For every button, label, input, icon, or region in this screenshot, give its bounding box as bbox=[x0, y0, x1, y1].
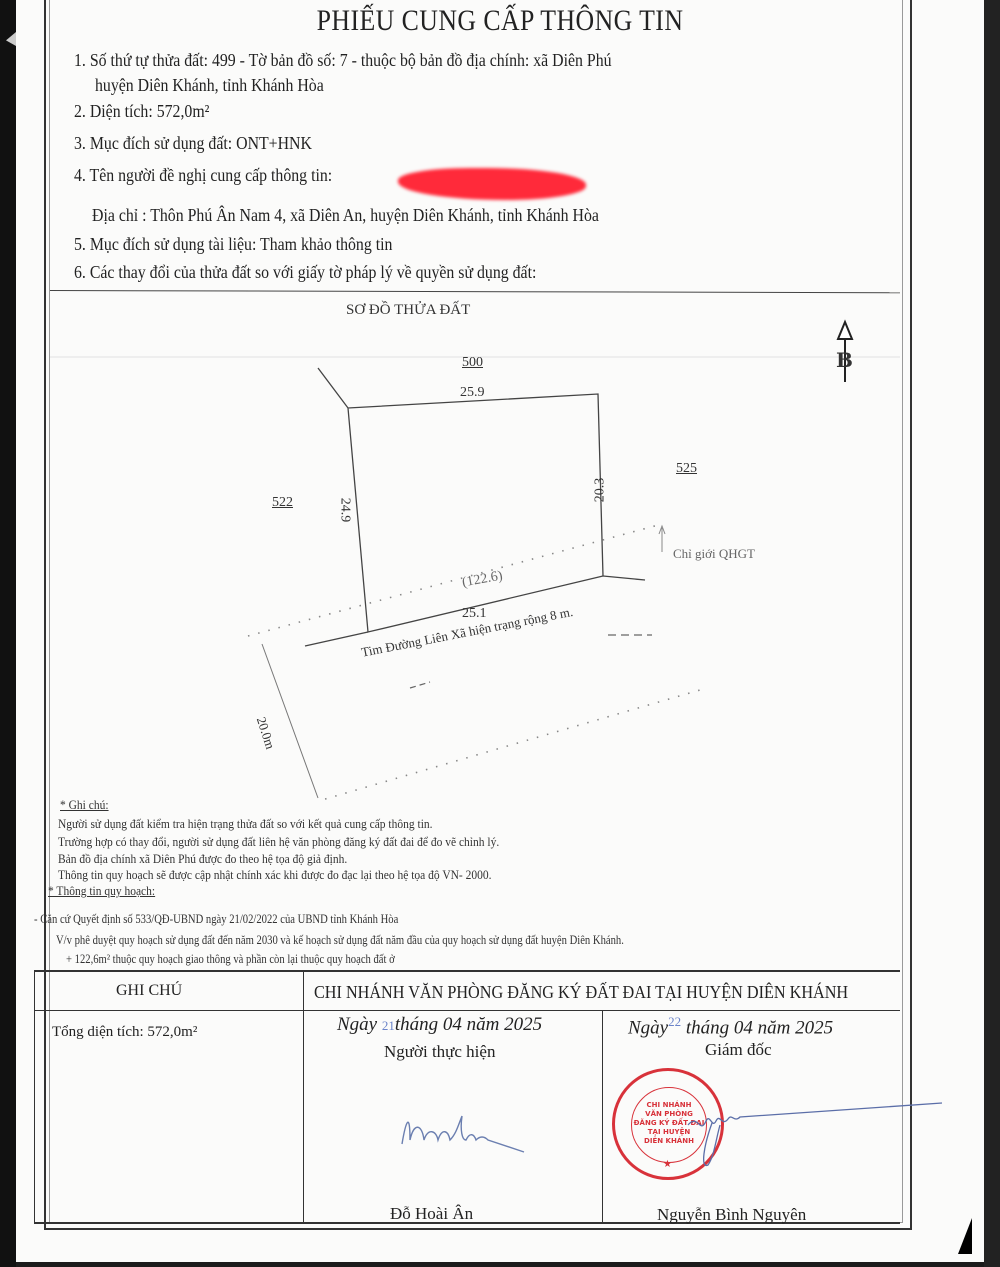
director-role: Giám đốc bbox=[705, 1040, 772, 1060]
table-col-divider bbox=[303, 970, 304, 1222]
background-right-edge bbox=[984, 0, 1000, 1267]
background-left-edge bbox=[0, 0, 16, 1267]
planning-heading: * Thông tin quy hoạch: bbox=[48, 884, 155, 899]
table-header-border bbox=[34, 1010, 900, 1011]
item-1-line-2: huyện Diên Khánh, tỉnh Khánh Hòa bbox=[95, 75, 324, 96]
note-line: Bản đồ địa chính xã Diên Phú được đo the… bbox=[58, 852, 347, 867]
diagram-title: SƠ ĐỒ THỬA ĐẤT bbox=[346, 302, 470, 319]
director-name: Nguyễn Bình Nguyên bbox=[657, 1205, 806, 1225]
neighbor-parcel-525: 525 bbox=[676, 461, 697, 477]
parcel-diagram: SƠ ĐỒ THỬA ĐẤT B 500 522 525 25.9 24.9 2… bbox=[50, 290, 900, 800]
table-col-divider-2 bbox=[602, 1010, 603, 1222]
edge-bottom-length: 25.1 bbox=[462, 606, 487, 622]
edge-left-length: 24.9 bbox=[336, 498, 352, 523]
date-day-handwritten: 21 bbox=[382, 1018, 395, 1033]
item-2-area: 2. Diện tích: 572,0m² bbox=[74, 101, 209, 122]
boundary-label: Chỉ giới QHGT bbox=[673, 546, 755, 562]
notes-heading: * Ghi chú: bbox=[60, 798, 109, 813]
notes-column-header: GHI CHÚ bbox=[116, 982, 182, 1000]
planning-line: + 122,6m² thuộc quy hoạch giao thông và … bbox=[66, 952, 395, 967]
note-line: Người sử dụng đất kiểm tra hiện trạng th… bbox=[58, 817, 433, 832]
edge-mark-icon bbox=[6, 32, 16, 46]
date-day-handwritten: 22 bbox=[668, 1014, 681, 1029]
director-signature bbox=[680, 1095, 950, 1175]
item-4-requester: 4. Tên người đề nghị cung cấp thông tin: bbox=[74, 165, 332, 186]
date-prefix: Ngày bbox=[337, 1014, 382, 1035]
date-suffix: tháng 04 năm 2025 bbox=[681, 1017, 833, 1038]
date-suffix: tháng 04 năm 2025 bbox=[395, 1014, 542, 1035]
neighbor-parcel-522: 522 bbox=[272, 495, 293, 511]
corner-triangle-icon bbox=[958, 1218, 972, 1254]
note-line: Thông tin quy hoạch sẽ được cập nhật chí… bbox=[58, 868, 492, 883]
performer-signature bbox=[396, 1100, 536, 1155]
item-5-purpose: 5. Mục đích sử dụng tài liệu: Tham khảo … bbox=[74, 234, 392, 255]
planning-line: V/v phê duyệt quy hoạch sử dụng đất đến … bbox=[56, 933, 624, 948]
director-date: Ngày22 tháng 04 năm 2025 bbox=[628, 1014, 833, 1039]
table-top-border bbox=[34, 970, 900, 972]
date-prefix: Ngày bbox=[628, 1017, 668, 1038]
north-label: B bbox=[836, 348, 853, 372]
north-arrow-icon bbox=[838, 322, 852, 339]
item-4-address: Địa chỉ : Thôn Phú Ân Nam 4, xã Diên An,… bbox=[92, 205, 599, 226]
performer-name: Đỗ Hoài Ân bbox=[390, 1204, 473, 1224]
item-1-line-1: 1. Số thứ tự thửa đất: 499 - Tờ bản đồ s… bbox=[74, 50, 612, 71]
neighbor-parcel-500: 500 bbox=[462, 355, 483, 371]
performer-role: Người thực hiện bbox=[384, 1042, 495, 1062]
item-3-land-use: 3. Mục đích sử dụng đất: ONT+HNK bbox=[74, 133, 312, 154]
total-area: Tổng diện tích: 572,0m² bbox=[52, 1024, 197, 1041]
edge-right-length: 20.3 bbox=[592, 478, 608, 503]
office-column-header: CHI NHÁNH VĂN PHÒNG ĐĂNG KÝ ĐẤT ĐAI TẠI … bbox=[314, 982, 848, 1003]
table-left-border bbox=[34, 970, 35, 1222]
edge-top-length: 25.9 bbox=[460, 385, 485, 401]
note-line: Trường hợp có thay đổi, người sử dụng đấ… bbox=[58, 835, 499, 850]
planning-line: - Căn cứ Quyết định số 533/QĐ-UBND ngày … bbox=[34, 912, 398, 927]
star-icon: ★ bbox=[663, 1159, 672, 1170]
performer-date: Ngày 21tháng 04 năm 2025 bbox=[337, 1014, 542, 1036]
document-title: PHIẾU CUNG CẤP THÔNG TIN bbox=[70, 4, 930, 38]
item-6-changes: 6. Các thay đổi của thửa đất so với giấy… bbox=[74, 262, 536, 283]
